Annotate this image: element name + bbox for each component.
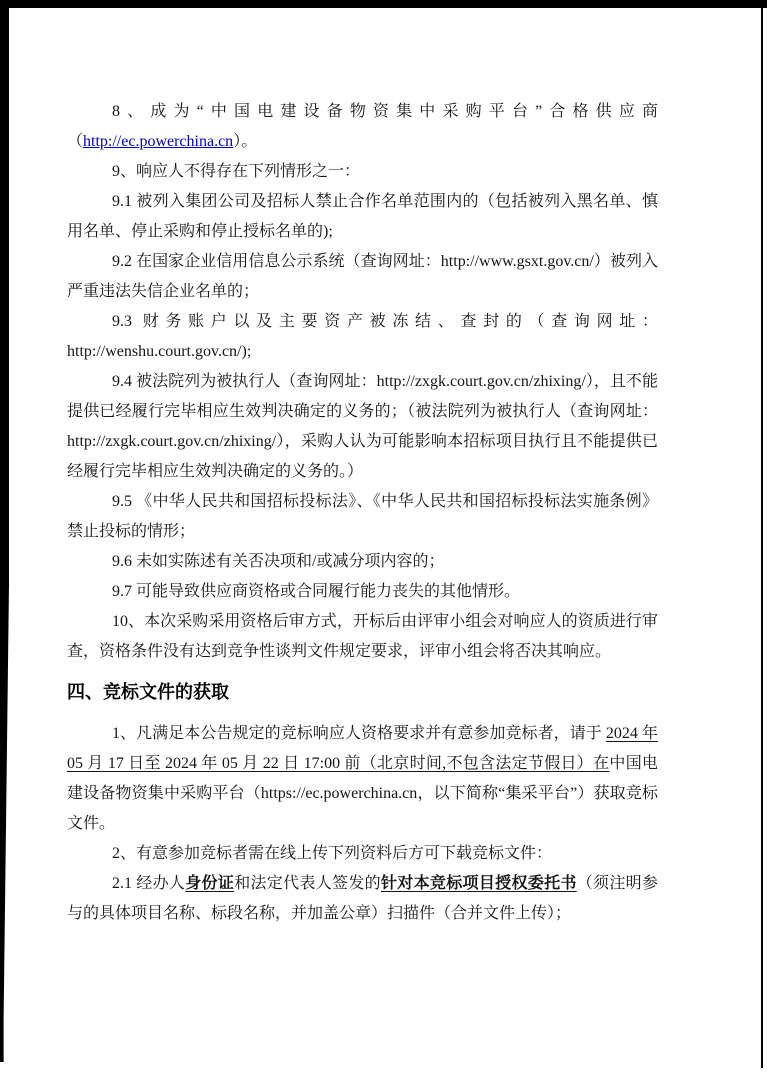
para-10: 10、本次采购采用资格后审方式，开标后由评审小组会对响应人的资质进行审查，资格条… xyxy=(67,607,658,667)
text-run-url: http://zxgk.court.gov.cn/zhixing/ xyxy=(67,433,276,450)
scan-edge-left xyxy=(0,0,9,1062)
text-run: 9.6 未如实陈述有关否决项和/或减分项内容的； xyxy=(112,553,444,570)
para-9: 9、响应人不得存在下列情形之一： xyxy=(67,157,658,187)
section-heading-4: 四、竞标文件的获取 xyxy=(67,677,658,707)
text-run: 和法定代表人签发的 xyxy=(234,875,381,892)
text-run: 9.5 《中华人民共和国招标投标法》、《中华人民共和国招标投标法实施条例》禁止投… xyxy=(67,493,658,540)
hyperlink[interactable]: http://ec.powerchina.cn xyxy=(83,133,233,150)
para-9-5: 9.5 《中华人民共和国招标投标法》、《中华人民共和国招标投标法实施条例》禁止投… xyxy=(67,487,658,547)
text-run-bold-underline: 身份证 xyxy=(185,875,234,892)
text-run: 10、本次采购采用资格后审方式，开标后由评审小组会对响应人的资质进行审查，资格条… xyxy=(67,613,658,660)
scan-edge-right xyxy=(761,0,763,1068)
para-4-2-1: 2.1 经办人身份证和法定代表人签发的针对本竞标项目授权委托书（须注明参与的具体… xyxy=(67,869,658,929)
text-run: 9.2 在国家企业信用信息公示系统（查询网址： xyxy=(112,253,441,270)
para-8: 8、成为“中国电建设备物资集中采购平台”合格供应商（http://ec.powe… xyxy=(67,97,658,157)
text-run-url: http://wenshu.court.gov.cn/ xyxy=(67,343,242,360)
text-run: 2.1 经办人 xyxy=(112,875,185,892)
para-4-2: 2、有意参加竞标者需在线上传下列资料后方可下载竞标文件： xyxy=(67,839,658,869)
para-9-6: 9.6 未如实陈述有关否决项和/或减分项内容的； xyxy=(67,547,658,577)
text-run: 9.3 财务账户以及主要资产被冻结、查封的（查询网址： xyxy=(112,313,658,330)
text-run-url: https://ec.powerchina.cn xyxy=(261,785,417,802)
para-9-3: 9.3 财务账户以及主要资产被冻结、查封的（查询网址：http://wenshu… xyxy=(67,307,658,367)
text-run: 9.4 被法院列为被执行人（查询网址： xyxy=(112,373,377,390)
text-run: 9、响应人不得存在下列情形之一： xyxy=(112,163,360,180)
text-run-bold-underline: 针对本竞标项目授权委托书 xyxy=(381,875,577,892)
para-4-1: 1、凡满足本公告规定的竞标响应人资格要求并有意参加竞标者，请于 2024 年 0… xyxy=(67,719,658,839)
text-run: 9.1 被列入集团公司及招标人禁止合作名单范围内的（包括被列入黑名单、慎用名单、… xyxy=(67,193,658,240)
text-run: ）。 xyxy=(233,133,257,150)
para-9-1: 9.1 被列入集团公司及招标人禁止合作名单范围内的（包括被列入黑名单、慎用名单、… xyxy=(67,187,658,247)
scan-edge-top xyxy=(0,0,767,8)
text-run-url: http://zxgk.court.gov.cn/zhixing/ xyxy=(377,373,586,390)
para-9-4: 9.4 被法院列为被执行人（查询网址：http://zxgk.court.gov… xyxy=(67,367,658,487)
para-9-2: 9.2 在国家企业信用信息公示系统（查询网址：http://www.gsxt.g… xyxy=(67,247,658,307)
para-9-7: 9.7 可能导致供应商资格或合同履行能力丧失的其他情形。 xyxy=(67,577,658,607)
text-run: 9.7 可能导致供应商资格或合同履行能力丧失的其他情形。 xyxy=(112,583,520,600)
text-run: 四、竞标文件的获取 xyxy=(67,682,229,702)
text-run: 2、有意参加竞标者需在线上传下列资料后方可下载竞标文件： xyxy=(112,845,552,862)
text-run: ); xyxy=(242,343,252,360)
text-run: 1、凡满足本公告规定的竞标响应人资格要求并有意参加竞标者，请于 xyxy=(112,725,606,742)
document-body: 8、成为“中国电建设备物资集中采购平台”合格供应商（http://ec.powe… xyxy=(67,97,658,929)
text-run-url: http://www.gsxt.gov.cn/ xyxy=(441,253,594,270)
